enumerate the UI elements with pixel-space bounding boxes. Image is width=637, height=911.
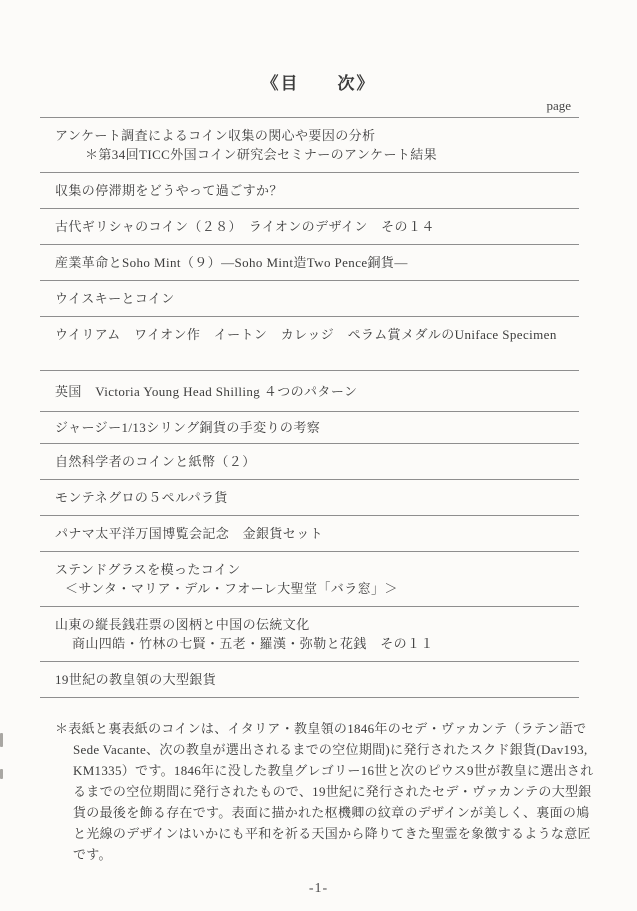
toc-item-title: 産業革命とSoho Mint（９）―Soho Mint造Two Pence銅貨― (55, 253, 579, 272)
toc-item: 19世紀の教皇領の大型銀貨 (40, 662, 579, 698)
toc-item-title: ウイスキーとコイン (55, 289, 579, 308)
toc-item-title: 自然科学者のコインと紙幣（２） (55, 452, 579, 471)
toc-item-title: 古代ギリシャのコイン（２８） ライオンのデザイン その１４ (55, 217, 579, 236)
page-column-label: page (0, 98, 571, 114)
toc-item-title: パナマ太平洋万国博覧会記念 金銀貨セット (55, 524, 579, 543)
toc-item-title: モンテネグロの５ペルパラ貨 (55, 488, 579, 507)
footnote-line: です。 (55, 844, 589, 865)
scanned-toc-page: 《目 次》 page アンケート調査によるコイン収集の関心や要因の分析 ＊第34… (0, 0, 637, 911)
table-of-contents: アンケート調査によるコイン収集の関心や要因の分析 ＊第34回TICC外国コイン研… (40, 117, 579, 698)
toc-item-subtitle: 商山四皓・竹林の七賢・五老・羅漢・弥勒と花銭 その１１ (55, 634, 579, 653)
page-title: 《目 次》 (0, 0, 637, 96)
footnote-line: と光線のデザインはいかにも平和を祈る天国から降りてきた聖霊を象徴するような意匠 (55, 823, 589, 844)
toc-item-title: 19世紀の教皇領の大型銀貨 (55, 670, 579, 689)
toc-item-title: 英国 Victoria Young Head Shilling ４つのパターン (55, 382, 579, 401)
toc-item: 自然科学者のコインと紙幣（２） (40, 444, 579, 480)
toc-item: ウイスキーとコイン (40, 281, 579, 317)
toc-item-title: 山東の縦長銭荘票の図柄と中国の伝統文化 (55, 615, 579, 634)
footnote-line: ＊表紙と裏表紙のコインは、イタリア・教皇領の1846年のセデ・ヴァカンテ（ラテン… (55, 718, 589, 739)
toc-item: ステンドグラスを模ったコイン ＜サンタ・マリア・デル・フオーレ大聖堂「バラ窓」＞ (40, 552, 579, 607)
footnote-line: 貨の最後を飾る存在です。表面に描かれた枢機卿の紋章のデザインが美しく、裏面の鳩 (55, 802, 589, 823)
toc-item: 産業革命とSoho Mint（９）―Soho Mint造Two Pence銅貨― (40, 245, 579, 281)
page-number: -1- (0, 881, 637, 897)
toc-item: 収集の停滞期をどうやって過ごすか？ (40, 173, 579, 209)
toc-item: パナマ太平洋万国博覧会記念 金銀貨セット (40, 516, 579, 552)
footnote-line: Sede Vacante、次の教皇が選出されるまでの空位期間)に発行されたスクド… (55, 739, 589, 760)
cover-coin-footnote: ＊表紙と裏表紙のコインは、イタリア・教皇領の1846年のセデ・ヴァカンテ（ラテン… (55, 718, 589, 865)
toc-item-subtitle: ＜サンタ・マリア・デル・フオーレ大聖堂「バラ窓」＞ (55, 579, 579, 598)
toc-item: ジャージー1/13シリング銅貨の手変りの考察 (40, 412, 579, 444)
toc-item-subtitle: ＊第34回TICC外国コイン研究会セミナーのアンケート結果 (55, 145, 579, 164)
toc-item: ウイリアム ワイオン作 イートン カレッジ ペラム賞メダルのUniface Sp… (40, 317, 579, 371)
toc-item-title: ステンドグラスを模ったコイン (55, 560, 579, 579)
toc-item: モンテネグロの５ペルパラ貨 (40, 480, 579, 516)
scan-smudge (0, 733, 3, 747)
toc-item: 英国 Victoria Young Head Shilling ４つのパターン (40, 371, 579, 412)
footnote-line: るまでの空位期間に発行されたもので、19世紀に発行されたセデ・ヴァカンテの大型銀 (55, 781, 589, 802)
toc-item: 山東の縦長銭荘票の図柄と中国の伝統文化 商山四皓・竹林の七賢・五老・羅漢・弥勒と… (40, 607, 579, 662)
toc-item-title: アンケート調査によるコイン収集の関心や要因の分析 (55, 126, 579, 145)
toc-item-title: 収集の停滞期をどうやって過ごすか？ (55, 181, 579, 200)
toc-item-title: ジャージー1/13シリング銅貨の手変りの考察 (55, 418, 579, 437)
toc-item: 古代ギリシャのコイン（２８） ライオンのデザイン その１４ (40, 209, 579, 245)
toc-item-title: ウイリアム ワイオン作 イートン カレッジ ペラム賞メダルのUniface Sp… (55, 325, 579, 344)
scan-smudge (0, 769, 3, 779)
footnote-line: KM1335）です。1846年に没した教皇グレゴリー16世と次のピウス9世が教皇… (55, 760, 589, 781)
toc-item: アンケート調査によるコイン収集の関心や要因の分析 ＊第34回TICC外国コイン研… (40, 118, 579, 173)
